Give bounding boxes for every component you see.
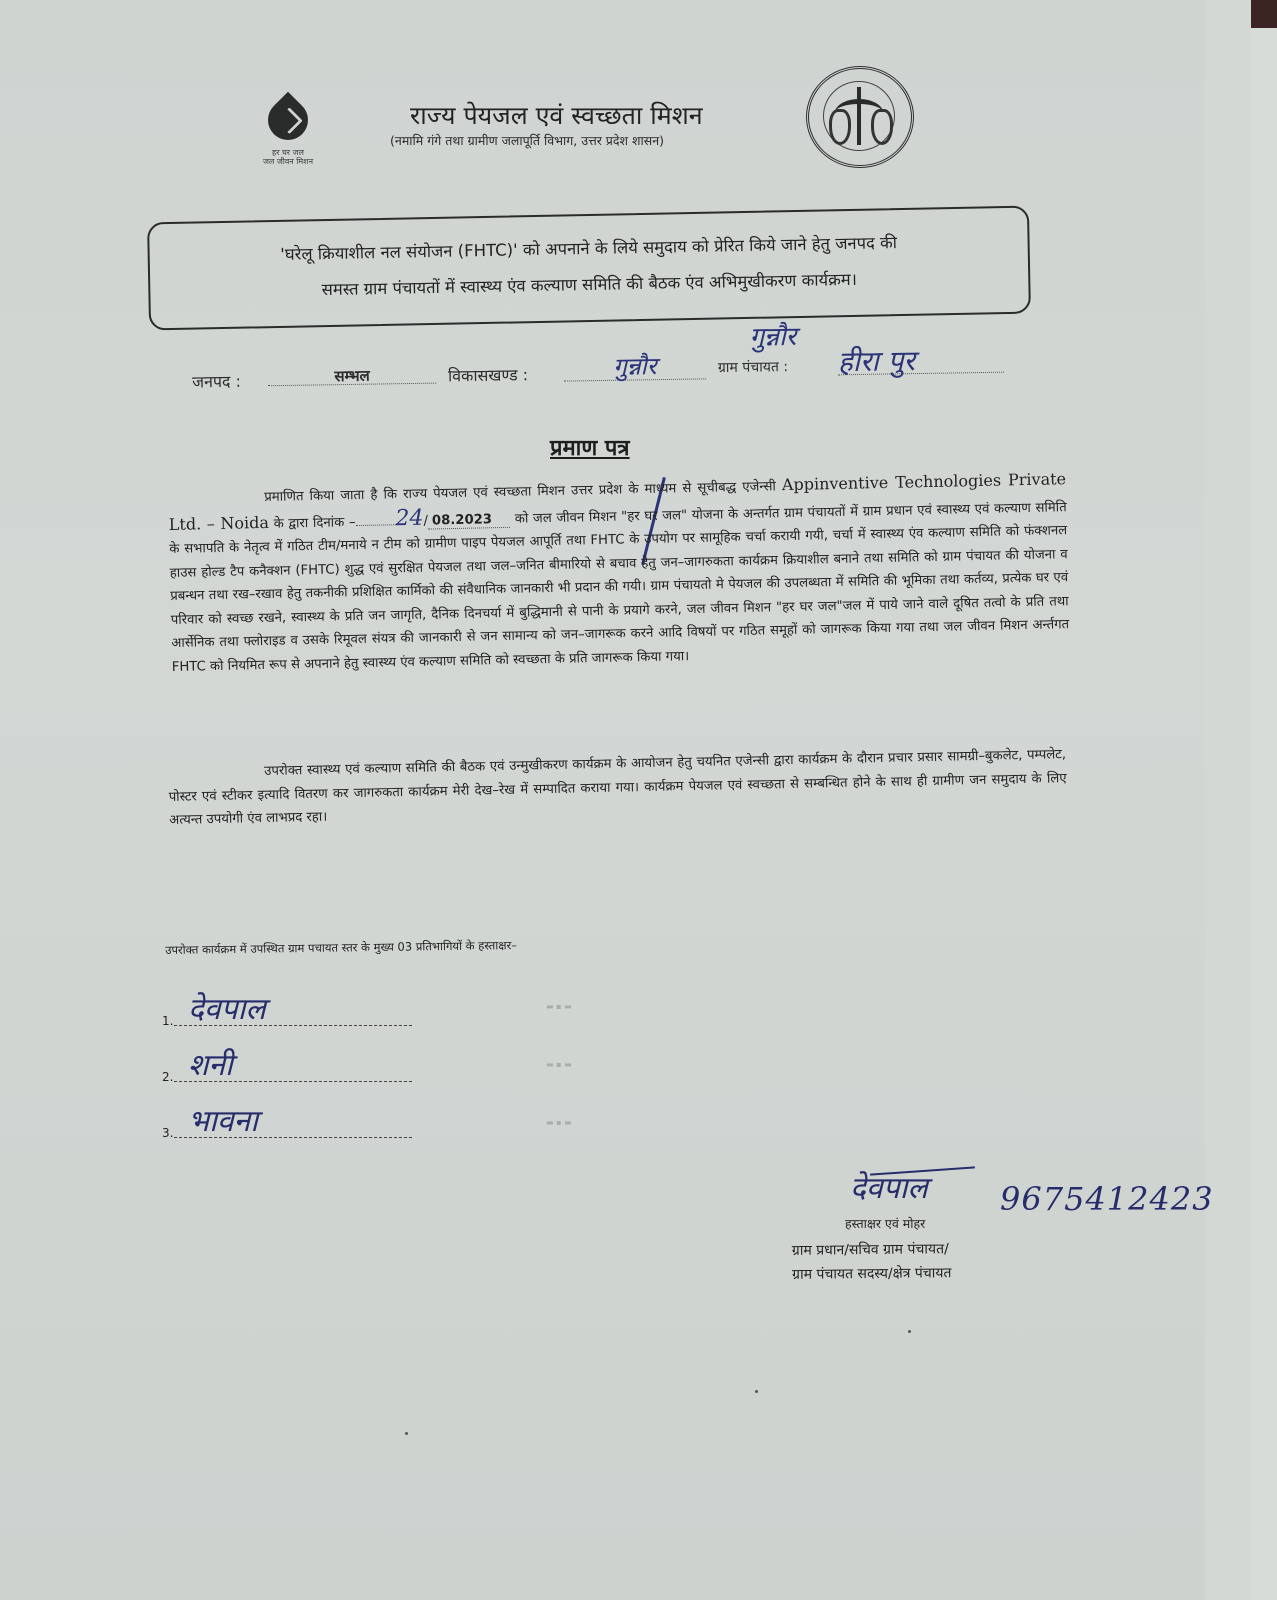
water-drop-tap-icon [260, 92, 317, 149]
participant-signature-1[interactable]: 1. देवपाल [162, 996, 412, 1030]
banner-line: समस्त ग्राम पंचायतों में स्वास्थ्य एंव क… [150, 264, 1028, 304]
certificate-page: हर घर जल जल जीवन मिशन राज्य पेयजल एवं स्… [0, 0, 1205, 1600]
gram-panchayat-overwrite: गुन्नौर [749, 317, 796, 354]
location-fields: जनपद : सम्भल विकासखण्ड : गुन्नौर ग्राम प… [192, 350, 1012, 393]
signatory-phone: 9675412423 [1000, 1180, 1214, 1218]
logo-caption-sub: जल जीवन मिशन [252, 157, 324, 166]
logo-caption: हर घर जल [252, 148, 324, 157]
participant-signature-2[interactable]: 2. शनी [162, 1052, 412, 1086]
page-subtitle: (नमामि गंगे तथा ग्रामीण जलापूर्ति विभाग,… [390, 132, 664, 149]
janpad-field[interactable]: सम्भल [268, 365, 436, 387]
handwritten-signature: शनी [188, 1043, 233, 1084]
janpad-label: जनपद : [192, 370, 241, 393]
handwritten-signature: भावना [188, 1099, 258, 1140]
date-day-handwritten: 24 [395, 505, 424, 531]
participant-signature-3[interactable]: 3. भावना [162, 1108, 412, 1142]
har-ghar-jal-logo: हर घर जल जल जीवन मिशन [252, 92, 324, 184]
signatory-signature[interactable]: देवपाल [850, 1166, 928, 1207]
bleed-through-mark: ▬ ▪ ▬ [546, 1060, 572, 1069]
participants-intro: उपरोक्त कार्यक्रम में उपस्थित ग्राम पचाय… [165, 933, 665, 960]
uttar-pradesh-state-seal-icon [806, 66, 914, 168]
certificate-paragraph: प्रमाणित किया जाता है कि राज्य पेयजल एवं… [168, 467, 1070, 679]
handwritten-signature: देवपाल [188, 987, 266, 1028]
page-title: राज्य पेयजल एवं स्वच्छता मिशन [410, 98, 703, 132]
date-field[interactable]: 08.2023 [428, 511, 510, 529]
vikaskhand-label: विकासखण्ड : [448, 363, 528, 386]
certificate-title: प्रमाण पत्र [550, 432, 630, 462]
bleed-through-mark: ▬ ▪ ▬ [546, 1118, 572, 1127]
gram-panchayat-label: ग्राम पंचायत : [718, 357, 788, 377]
banner-line: 'घरेलू क्रियाशील नल संयोजन (FHTC)' को अप… [149, 228, 1027, 268]
signatory-designation: ग्राम प्रधान/सचिव ग्राम पंचायत/ ग्राम पं… [792, 1237, 952, 1287]
gram-panchayat-field[interactable]: हीरा पुर [838, 340, 1004, 376]
program-banner: 'घरेलू क्रियाशील नल संयोजन (FHTC)' को अप… [147, 206, 1031, 331]
vikaskhand-field[interactable]: गुन्नौर [564, 348, 706, 381]
certificate-paragraph: उपरोक्त स्वास्थ्य एवं कल्याण समिति की बै… [168, 743, 1067, 832]
bleed-through-mark: ▬ ▪ ▬ [546, 1002, 572, 1011]
sign-and-seal-label: हस्ताक्षर एवं मोहर [845, 1215, 925, 1232]
